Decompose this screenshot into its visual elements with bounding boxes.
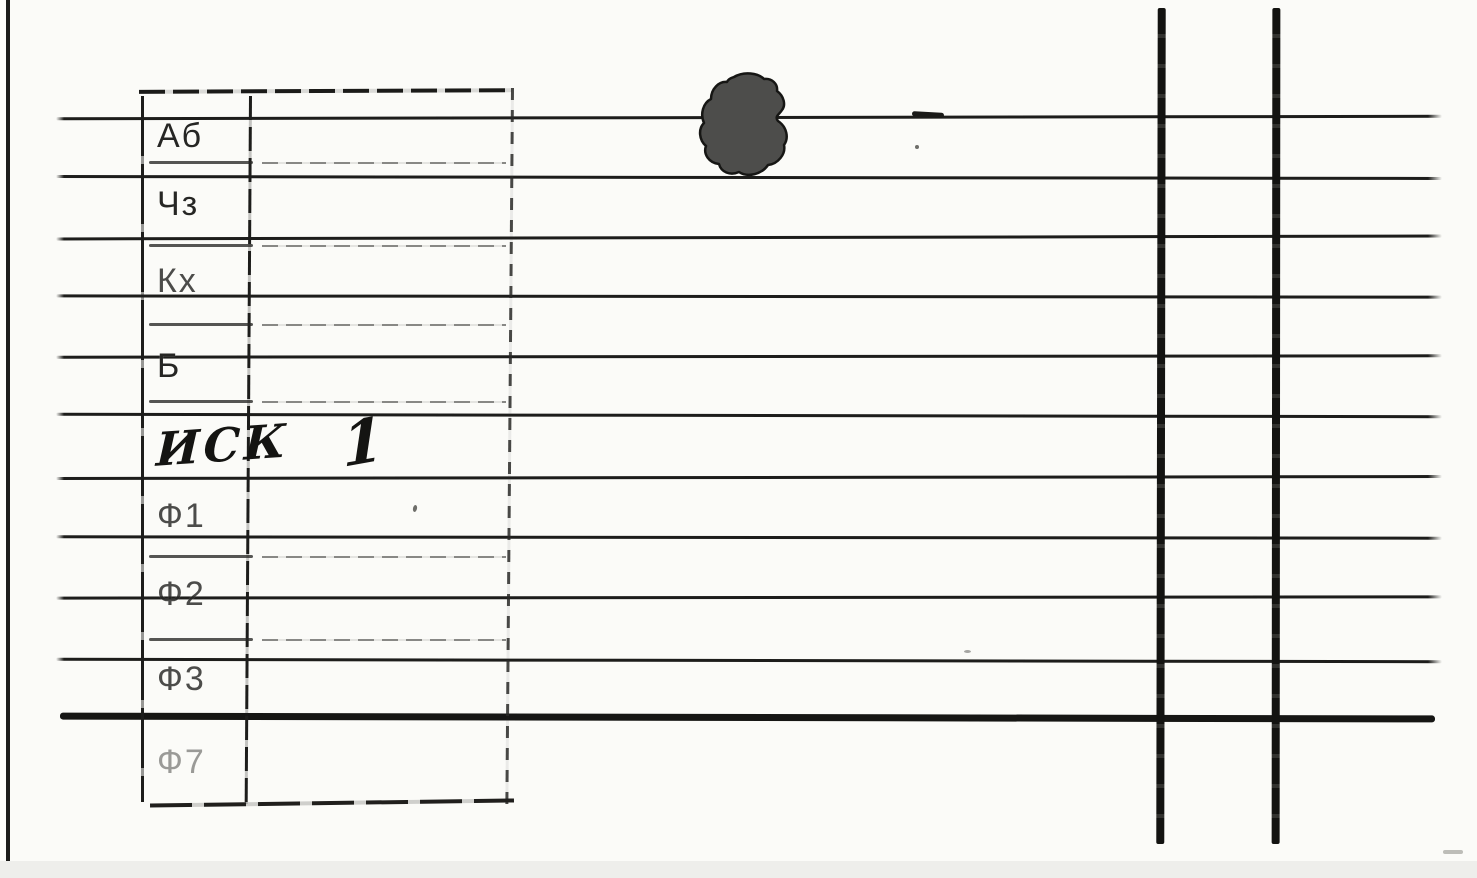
row-label-f2: Ф2 xyxy=(157,572,206,616)
ruled-line xyxy=(56,535,1442,539)
row-separator xyxy=(149,400,253,403)
right-vertical-rule-2 xyxy=(1272,8,1281,844)
table-left-border xyxy=(141,96,144,802)
scan-bottom-edge xyxy=(0,861,1477,878)
row-label-b: Б xyxy=(157,344,181,388)
row-separator xyxy=(149,161,253,164)
row-separator xyxy=(262,556,506,558)
scanned-card-page: Аб Чз Кх Б Ф1 Ф2 Ф3 Ф7 ИСК 1 xyxy=(0,0,1477,878)
row-label-chz: Чз xyxy=(157,182,199,226)
ruled-line-thick xyxy=(60,713,1435,723)
ink-blot xyxy=(696,71,804,183)
table-top-border xyxy=(139,88,512,94)
scan-speck xyxy=(915,145,919,149)
row-separator xyxy=(149,638,253,641)
row-separator xyxy=(262,162,506,164)
scan-smudge xyxy=(1443,850,1463,854)
ruled-line xyxy=(56,595,1442,599)
row-label-f1: Ф1 xyxy=(157,494,206,538)
right-vertical-rule-1 xyxy=(1156,8,1165,844)
row-separator xyxy=(262,639,506,641)
row-separator xyxy=(262,245,506,247)
ruled-line xyxy=(56,354,1442,358)
row-label-ab: Аб xyxy=(157,114,203,158)
table-bottom-border xyxy=(150,798,514,807)
row-label-kh: Кх xyxy=(157,259,198,303)
page-margin-line xyxy=(6,0,10,866)
row-label-f3: Ф3 xyxy=(157,657,206,701)
scan-speck xyxy=(964,650,971,653)
scan-speck xyxy=(412,505,417,513)
row-separator xyxy=(149,555,253,558)
handwritten-row-label-isk: ИСК xyxy=(155,413,290,477)
row-separator xyxy=(149,323,253,326)
handwritten-count-value: 1 xyxy=(341,404,385,482)
ruled-line xyxy=(56,658,1442,663)
ruled-line xyxy=(56,475,1442,480)
row-label-f7: Ф7 xyxy=(157,740,206,784)
row-separator xyxy=(149,244,253,247)
ruled-line xyxy=(56,294,1442,298)
row-separator xyxy=(262,401,506,403)
row-separator xyxy=(262,324,506,326)
ruled-line xyxy=(56,235,1442,241)
table-right-border xyxy=(505,88,514,804)
